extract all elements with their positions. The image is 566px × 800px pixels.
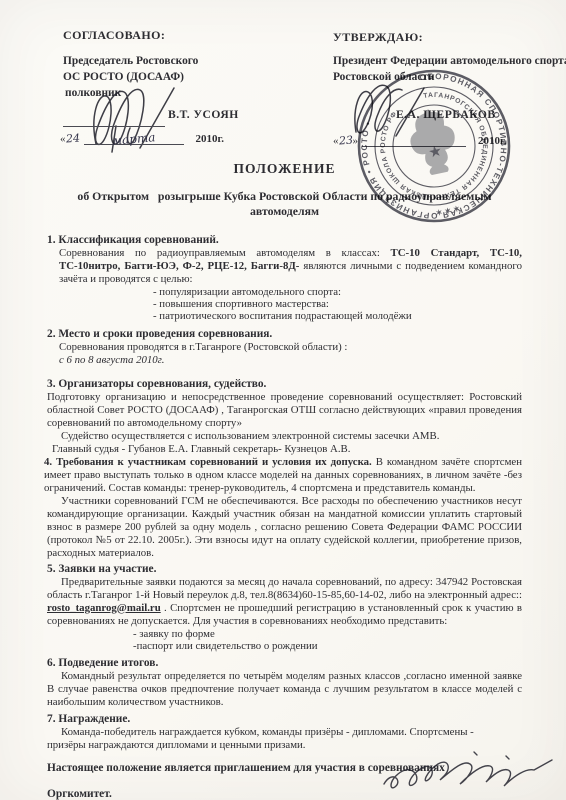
approved-day-handwritten: 23: [338, 134, 353, 148]
signature-line-left: [63, 126, 165, 127]
section-3-paragraph-3: Главный судья - Губанов Е.А. Главный сек…: [47, 443, 522, 456]
requirement-item: -паспорт или свидетельство о рождении: [133, 640, 522, 653]
agreed-year: 2010г.: [196, 133, 225, 145]
section-4-heading: Требования к участникам соревнований и у…: [56, 456, 372, 468]
scanned-document-page: СОГЛАСОВАНО: Председатель Ростовского ОС…: [0, 0, 566, 800]
section-6: 6. Подведение итогов. Командный результа…: [47, 656, 522, 709]
round-stamp: ОБОРОННАЯ СПОРТИВНО-ТЕХНИЧЕСКАЯ ОРГАНИЗА…: [352, 66, 516, 226]
email-address: rosto_taganrog@mail.ru: [47, 602, 161, 614]
goal-item: - патриотического воспитания подрастающе…: [153, 310, 522, 322]
section-3-paragraph-1: Подготовку организацию и непосредственно…: [47, 391, 522, 430]
section-4-paragraph-1: 4. Требования к участникам соревнований …: [44, 456, 522, 495]
agreed-date: «24 марта 2010г.: [60, 132, 224, 145]
signature-bottom: [378, 740, 558, 795]
approved-label: УТВЕРЖДАЮ:: [333, 30, 423, 45]
agreed-name: В.Т. УСОЯН: [168, 108, 239, 121]
quote-open: «: [333, 135, 339, 147]
agreed-day-handwritten: 24: [65, 132, 80, 146]
agreed-role-line1: Председатель Ростовского: [63, 55, 198, 67]
agreed-label: СОГЛАСОВАНО:: [63, 28, 165, 43]
section-4-number: 4.: [44, 456, 52, 468]
section-1-heading: 1. Классификация соревнований.: [47, 233, 522, 247]
goal-item: - повышения спортивного мастерства:: [153, 298, 522, 310]
section-5-heading: 5. Заявки на участие.: [47, 562, 522, 576]
section-4: 4. Требования к участникам соревнований …: [47, 456, 522, 560]
section-2-heading: 2. Место и сроки проведения соревнования…: [47, 327, 522, 341]
section-5: 5. Заявки на участие. Предварительные за…: [47, 562, 522, 653]
section-5-requirements: - заявку по форме -паспорт или свидетель…: [133, 628, 522, 653]
requirement-item: - заявку по форме: [133, 628, 522, 641]
section-2: 2. Место и сроки проведения соревнования…: [47, 327, 522, 367]
stamp-eagle-crest: [404, 105, 461, 178]
s1-text: Соревнования по радиоуправляемым автомод…: [59, 247, 391, 259]
section-7-heading: 7. Награждение.: [47, 712, 522, 726]
section-2-paragraph: Соревнования проводятся в г.Таганроге (Р…: [47, 341, 522, 354]
section-3-paragraph-2: Судейство осуществляется с использование…: [47, 430, 522, 443]
section-6-paragraph: Командный результат определяется по четы…: [47, 670, 522, 709]
section-2-dates: с 6 по 8 августа 2010г.: [47, 354, 522, 367]
goal-item: - популяризации автомодельного спорта:: [153, 286, 522, 298]
section-5-paragraph: Предварительные заявки подаются за месяц…: [47, 576, 522, 628]
agreed-month-handwritten: марта: [112, 132, 156, 146]
section-3: 3. Организаторы соревнования, судейство.…: [47, 377, 522, 456]
agreed-month-line: марта: [84, 133, 184, 145]
section-1-goals: - популяризации автомодельного спорта: -…: [153, 286, 522, 323]
section-6-heading: 6. Подведение итогов.: [47, 656, 522, 670]
section-7-paragraph-1: Команда-победитель награждается кубком, …: [47, 726, 522, 739]
section-4-paragraph-2: Участники соревнований ГСМ не обеспечива…: [47, 495, 522, 560]
section-1: 1. Классификация соревнований. Соревнова…: [47, 233, 522, 323]
section-1-paragraph: Соревнования по радиоуправляемым автомод…: [47, 247, 522, 286]
section-3-heading: 3. Организаторы соревнования, судейство.: [47, 377, 522, 391]
quote-open: «: [60, 133, 66, 145]
s5-text: Предварительные заявки подаются за месяц…: [47, 576, 522, 601]
